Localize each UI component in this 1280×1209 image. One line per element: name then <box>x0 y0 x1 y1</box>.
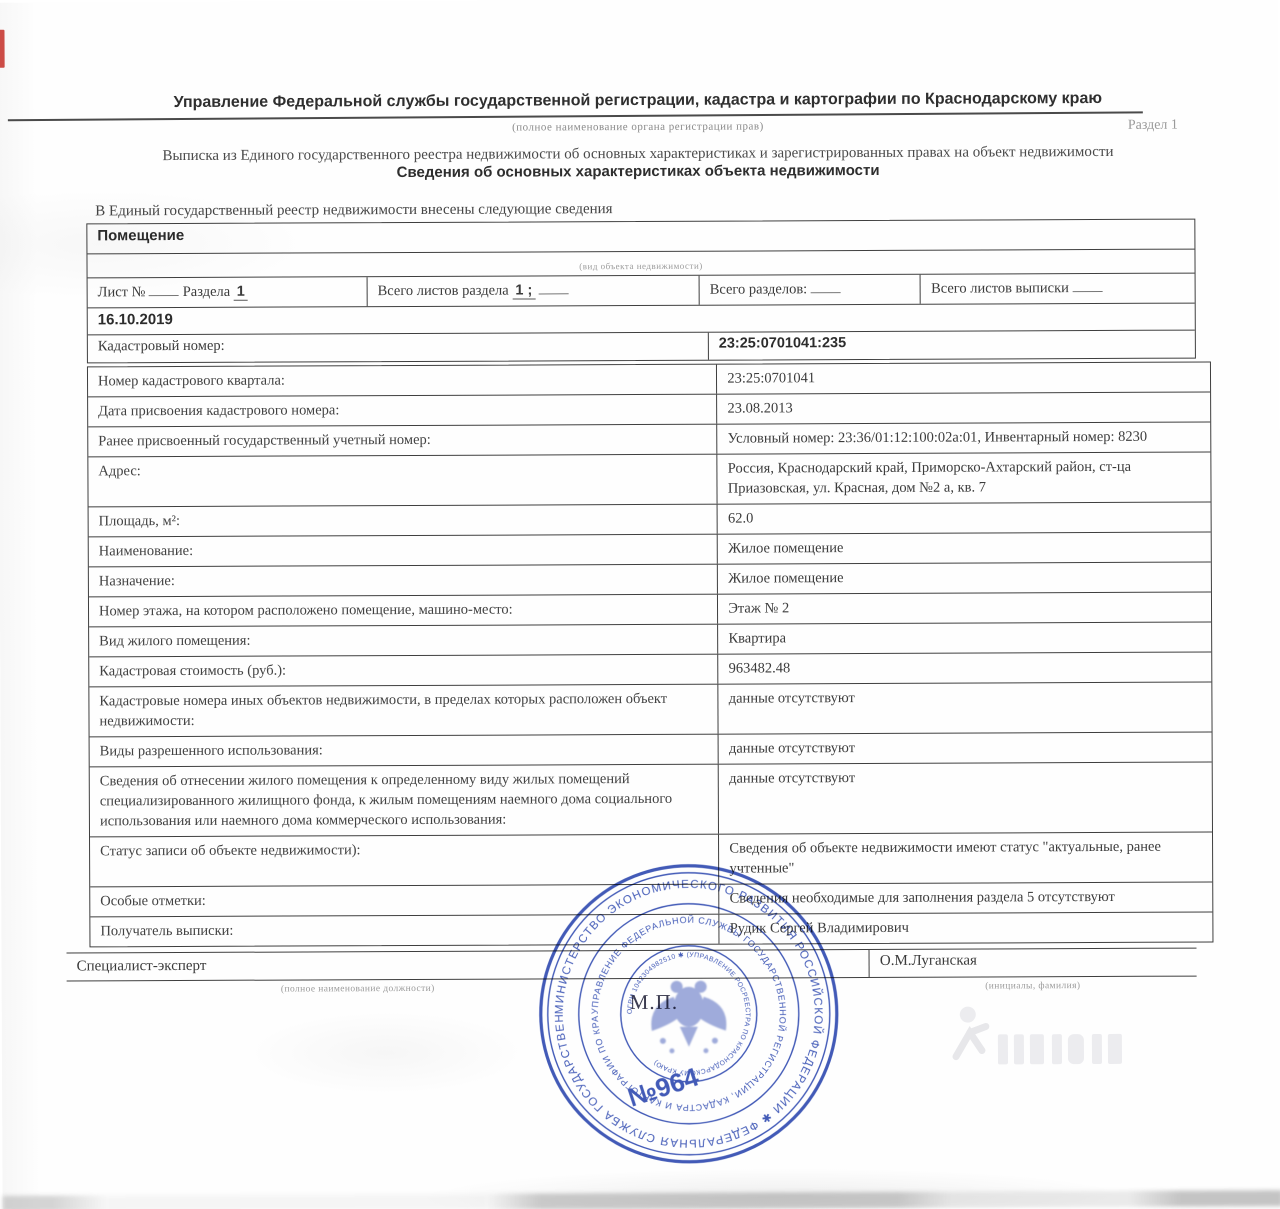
row-label: Ранее присвоенный государственный учетны… <box>88 425 716 457</box>
row-value: Этаж № 2 <box>717 593 1211 624</box>
row-label: Наименование: <box>89 535 717 567</box>
cadastral-number-row: Кадастровый номер: 23:25:0701041:235 <box>88 330 1195 363</box>
row-label: Адрес: <box>88 455 717 507</box>
table-row: Площадь, м²:62.0 <box>89 502 1211 537</box>
table-row: Назначение:Жилое помещение <box>89 562 1211 597</box>
scan-bottom-shadow <box>3 1190 1280 1209</box>
row-label: Дата присвоения кадастрового номера: <box>88 395 716 427</box>
sheets-total-label: Всего листов раздела <box>378 283 509 300</box>
row-value: Жилое помещение <box>717 563 1211 594</box>
object-type: Помещение <box>87 224 194 253</box>
extract-sheets-blank <box>1072 279 1102 292</box>
cadastral-number-label: Кадастровый номер: <box>88 333 708 363</box>
table-row: Дата присвоения кадастрового номера:23.0… <box>88 392 1210 427</box>
row-label: Номер кадастрового квартала: <box>88 365 716 397</box>
row-value: данные отсутствуют <box>718 763 1212 834</box>
row-value: Условный номер: 23:36/01:12:100:02а:01, … <box>717 423 1211 454</box>
table-row: Номер этажа, на котором расположено поме… <box>89 592 1211 627</box>
document-page: Управление Федеральной службы государств… <box>0 0 1280 1209</box>
table-row: Сведения об отнесении жилого помещения к… <box>90 762 1212 837</box>
extract-sheets-cell: Всего листов выписки <box>920 274 1195 304</box>
scan-red-mark <box>0 30 5 68</box>
sections-total-label: Всего разделов: <box>710 281 808 297</box>
row-value: Квартира <box>717 623 1211 654</box>
row-label: Вид жилого помещения: <box>89 625 717 657</box>
sheet-blank <box>149 283 179 296</box>
razdel-label: Раздела <box>183 284 231 300</box>
sheet-label: Лист № <box>98 284 146 300</box>
sheet-info-row: Лист № Раздела 1 Всего листов раздела 1 … <box>88 273 1195 308</box>
table-row: Ранее присвоенный государственный учетны… <box>88 422 1210 457</box>
official-round-stamp: МИНИСТЕРСТВО ЭКОНОМИЧЕСКОГО РАЗВИТИЯ РОС… <box>529 854 848 1173</box>
row-value: 23.08.2013 <box>716 393 1210 424</box>
row-label: Назначение: <box>89 565 717 597</box>
row-value: Жилое помещение <box>717 533 1211 564</box>
org-name-caption: (полное наименование органа регистрации … <box>0 118 1278 136</box>
row-value: данные отсутствуют <box>718 733 1212 764</box>
eagle-emblem <box>651 981 726 1054</box>
org-name: Управление Федеральной службы государств… <box>0 89 1278 113</box>
razdel-number: 1 <box>234 284 248 301</box>
row-value: данные отсутствуют <box>718 683 1212 734</box>
row-label: Кадастровые номера иных объектов недвижи… <box>89 685 718 737</box>
sheet-number-cell: Лист № Раздела 1 <box>88 277 367 307</box>
intro-line: В Единый государственный реестр недвижим… <box>95 201 612 220</box>
name-caption: (инициалы, фамилия) <box>869 977 1197 992</box>
cadastral-number-value: 23:25:0701041:235 <box>708 331 1195 360</box>
signer-name: О.М.Луганская <box>869 949 1197 977</box>
row-label: Сведения об отнесении жилого помещения к… <box>90 765 719 837</box>
table-row: Адрес:Россия, Краснодарский край, Примор… <box>88 452 1210 507</box>
sections-total-blank <box>811 280 841 293</box>
table-row: Вид жилого помещения:Квартира <box>89 622 1211 657</box>
table-row: Наименование:Жилое помещение <box>89 532 1211 567</box>
object-type-caption-row: (вид объекта недвижимости) <box>87 249 1194 278</box>
extract-date: 16.10.2019 <box>88 308 183 334</box>
row-label: Кадастровая стоимость (руб.): <box>89 655 717 687</box>
row-label: Площадь, м²: <box>89 505 717 537</box>
table-row: Виды разрешенного использования:данные о… <box>90 732 1212 767</box>
row-value: 62.0 <box>717 503 1211 534</box>
row-value: Россия, Краснодарский край, Приморско-Ах… <box>717 453 1211 504</box>
table-row: Кадастровые номера иных объектов недвижи… <box>89 682 1211 737</box>
sheets-total-blank <box>539 281 569 294</box>
row-label: Виды разрешенного использования: <box>90 735 718 767</box>
extract-sheets-label: Всего листов выписки <box>931 280 1069 297</box>
row-value: 23:25:0701041 <box>716 363 1210 394</box>
table-row: Номер кадастрового квартала:23:25:070104… <box>88 363 1210 397</box>
sheets-total-number: 1 ; <box>512 282 535 299</box>
object-type-caption: (вид объекта недвижимости) <box>87 250 1194 278</box>
table-row: Кадастровая стоимость (руб.):963482.48 <box>89 652 1211 687</box>
sections-total-cell: Всего разделов: <box>699 275 921 305</box>
site-watermark <box>934 998 1194 1084</box>
object-header-table: Помещение (вид объекта недвижимости) Лис… <box>86 219 1196 364</box>
row-label: Номер этажа, на котором расположено поме… <box>89 595 717 627</box>
sheets-total-cell: Всего листов раздела 1 ; <box>367 276 699 306</box>
section-label: Раздел 1 <box>1128 118 1178 134</box>
row-value: 963482.48 <box>718 653 1212 684</box>
